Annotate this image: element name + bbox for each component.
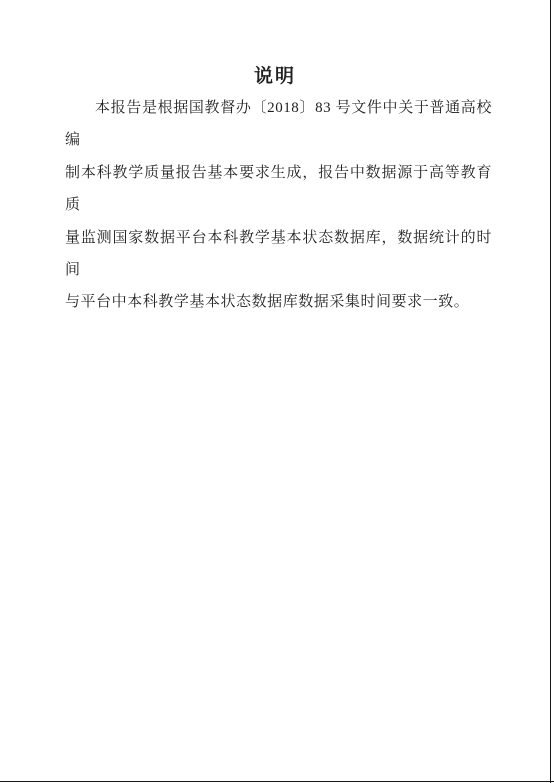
page-title: 说明: [0, 61, 550, 88]
paragraph-line: 与平台中本科教学基本状态数据库数据采集时间要求一致。: [65, 286, 492, 318]
paragraph-line: 本报告是根据国教督办〔2018〕83 号文件中关于普通高校编: [65, 92, 492, 157]
page-bottom-edge-rule: [0, 781, 554, 783]
paragraph-line: 制本科教学质量报告基本要求生成，报告中数据源于高等教育质: [65, 157, 492, 222]
body-paragraph: 本报告是根据国教督办〔2018〕83 号文件中关于普通高校编 制本科教学质量报告…: [65, 92, 492, 319]
document-page: 说明 本报告是根据国教督办〔2018〕83 号文件中关于普通高校编 制本科教学质…: [0, 0, 554, 783]
page-right-edge-rule: [550, 0, 552, 783]
paragraph-line: 量监测国家数据平台本科教学基本状态数据库，数据统计的时间: [65, 222, 492, 287]
